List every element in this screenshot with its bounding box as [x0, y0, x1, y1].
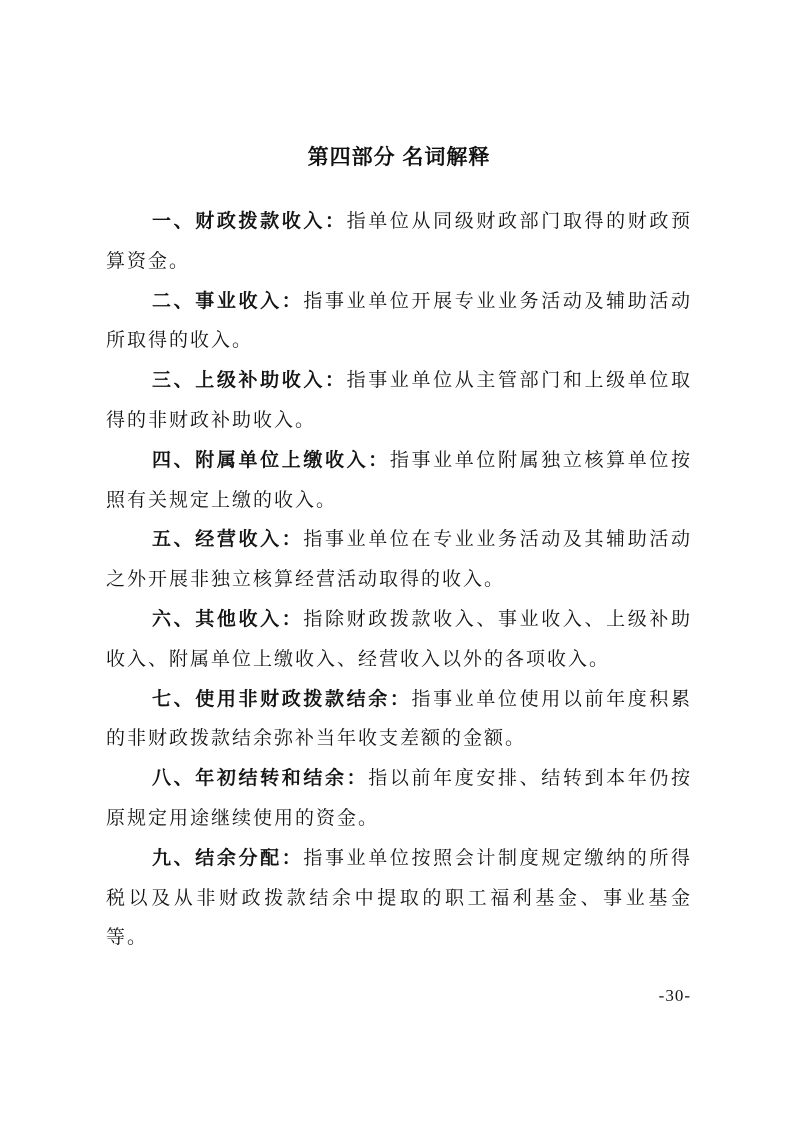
definition-item-9: 九、结余分配：指事业单位按照会计制度规定缴纳的所得税以及从非财政拨款结余中提取的…	[106, 839, 692, 958]
term-label: 八、年初结转和结余：	[152, 768, 368, 789]
definition-item-4: 四、附属单位上缴收入：指事业单位附属独立核算单位按照有关规定上缴的收入。	[106, 441, 692, 521]
definition-item-7: 七、使用非财政拨款结余：指事业单位使用以前年度积累的非财政拨款结余弥补当年收支差…	[106, 680, 692, 760]
page-title: 第四部分 名词解释	[106, 144, 692, 172]
term-label: 五、经营收入：	[152, 529, 303, 550]
definition-item-5: 五、经营收入：指事业单位在专业业务活动及其辅助活动之外开展非独立核算经营活动取得…	[106, 520, 692, 600]
term-label: 九、结余分配：	[152, 848, 303, 869]
definition-item-3: 三、上级补助收入：指事业单位从主管部门和上级单位取得的非财政补助收入。	[106, 361, 692, 441]
term-label: 三、上级补助收入：	[152, 370, 347, 391]
term-label: 二、事业收入：	[152, 291, 303, 312]
definition-item-1: 一、财政拨款收入：指单位从同级财政部门取得的财政预算资金。	[106, 202, 692, 282]
definition-item-8: 八、年初结转和结余：指以前年度安排、结转到本年仍按原规定用途继续使用的资金。	[106, 759, 692, 839]
term-label: 四、附属单位上缴收入：	[152, 450, 390, 471]
document-content: 第四部分 名词解释 一、财政拨款收入：指单位从同级财政部门取得的财政预算资金。 …	[106, 144, 692, 958]
term-label: 七、使用非财政拨款结余：	[152, 689, 412, 710]
term-label: 一、财政拨款收入：	[152, 211, 347, 232]
definition-item-2: 二、事业收入：指事业单位开展专业业务活动及辅助活动所取得的收入。	[106, 282, 692, 362]
term-label: 六、其他收入：	[152, 609, 303, 630]
page-number: -30-	[659, 986, 691, 1006]
document-page: 第四部分 名词解释 一、财政拨款收入：指单位从同级财政部门取得的财政预算资金。 …	[0, 0, 793, 1122]
definition-item-6: 六、其他收入：指除财政拨款收入、事业收入、上级补助收入、附属单位上缴收入、经营收…	[106, 600, 692, 680]
